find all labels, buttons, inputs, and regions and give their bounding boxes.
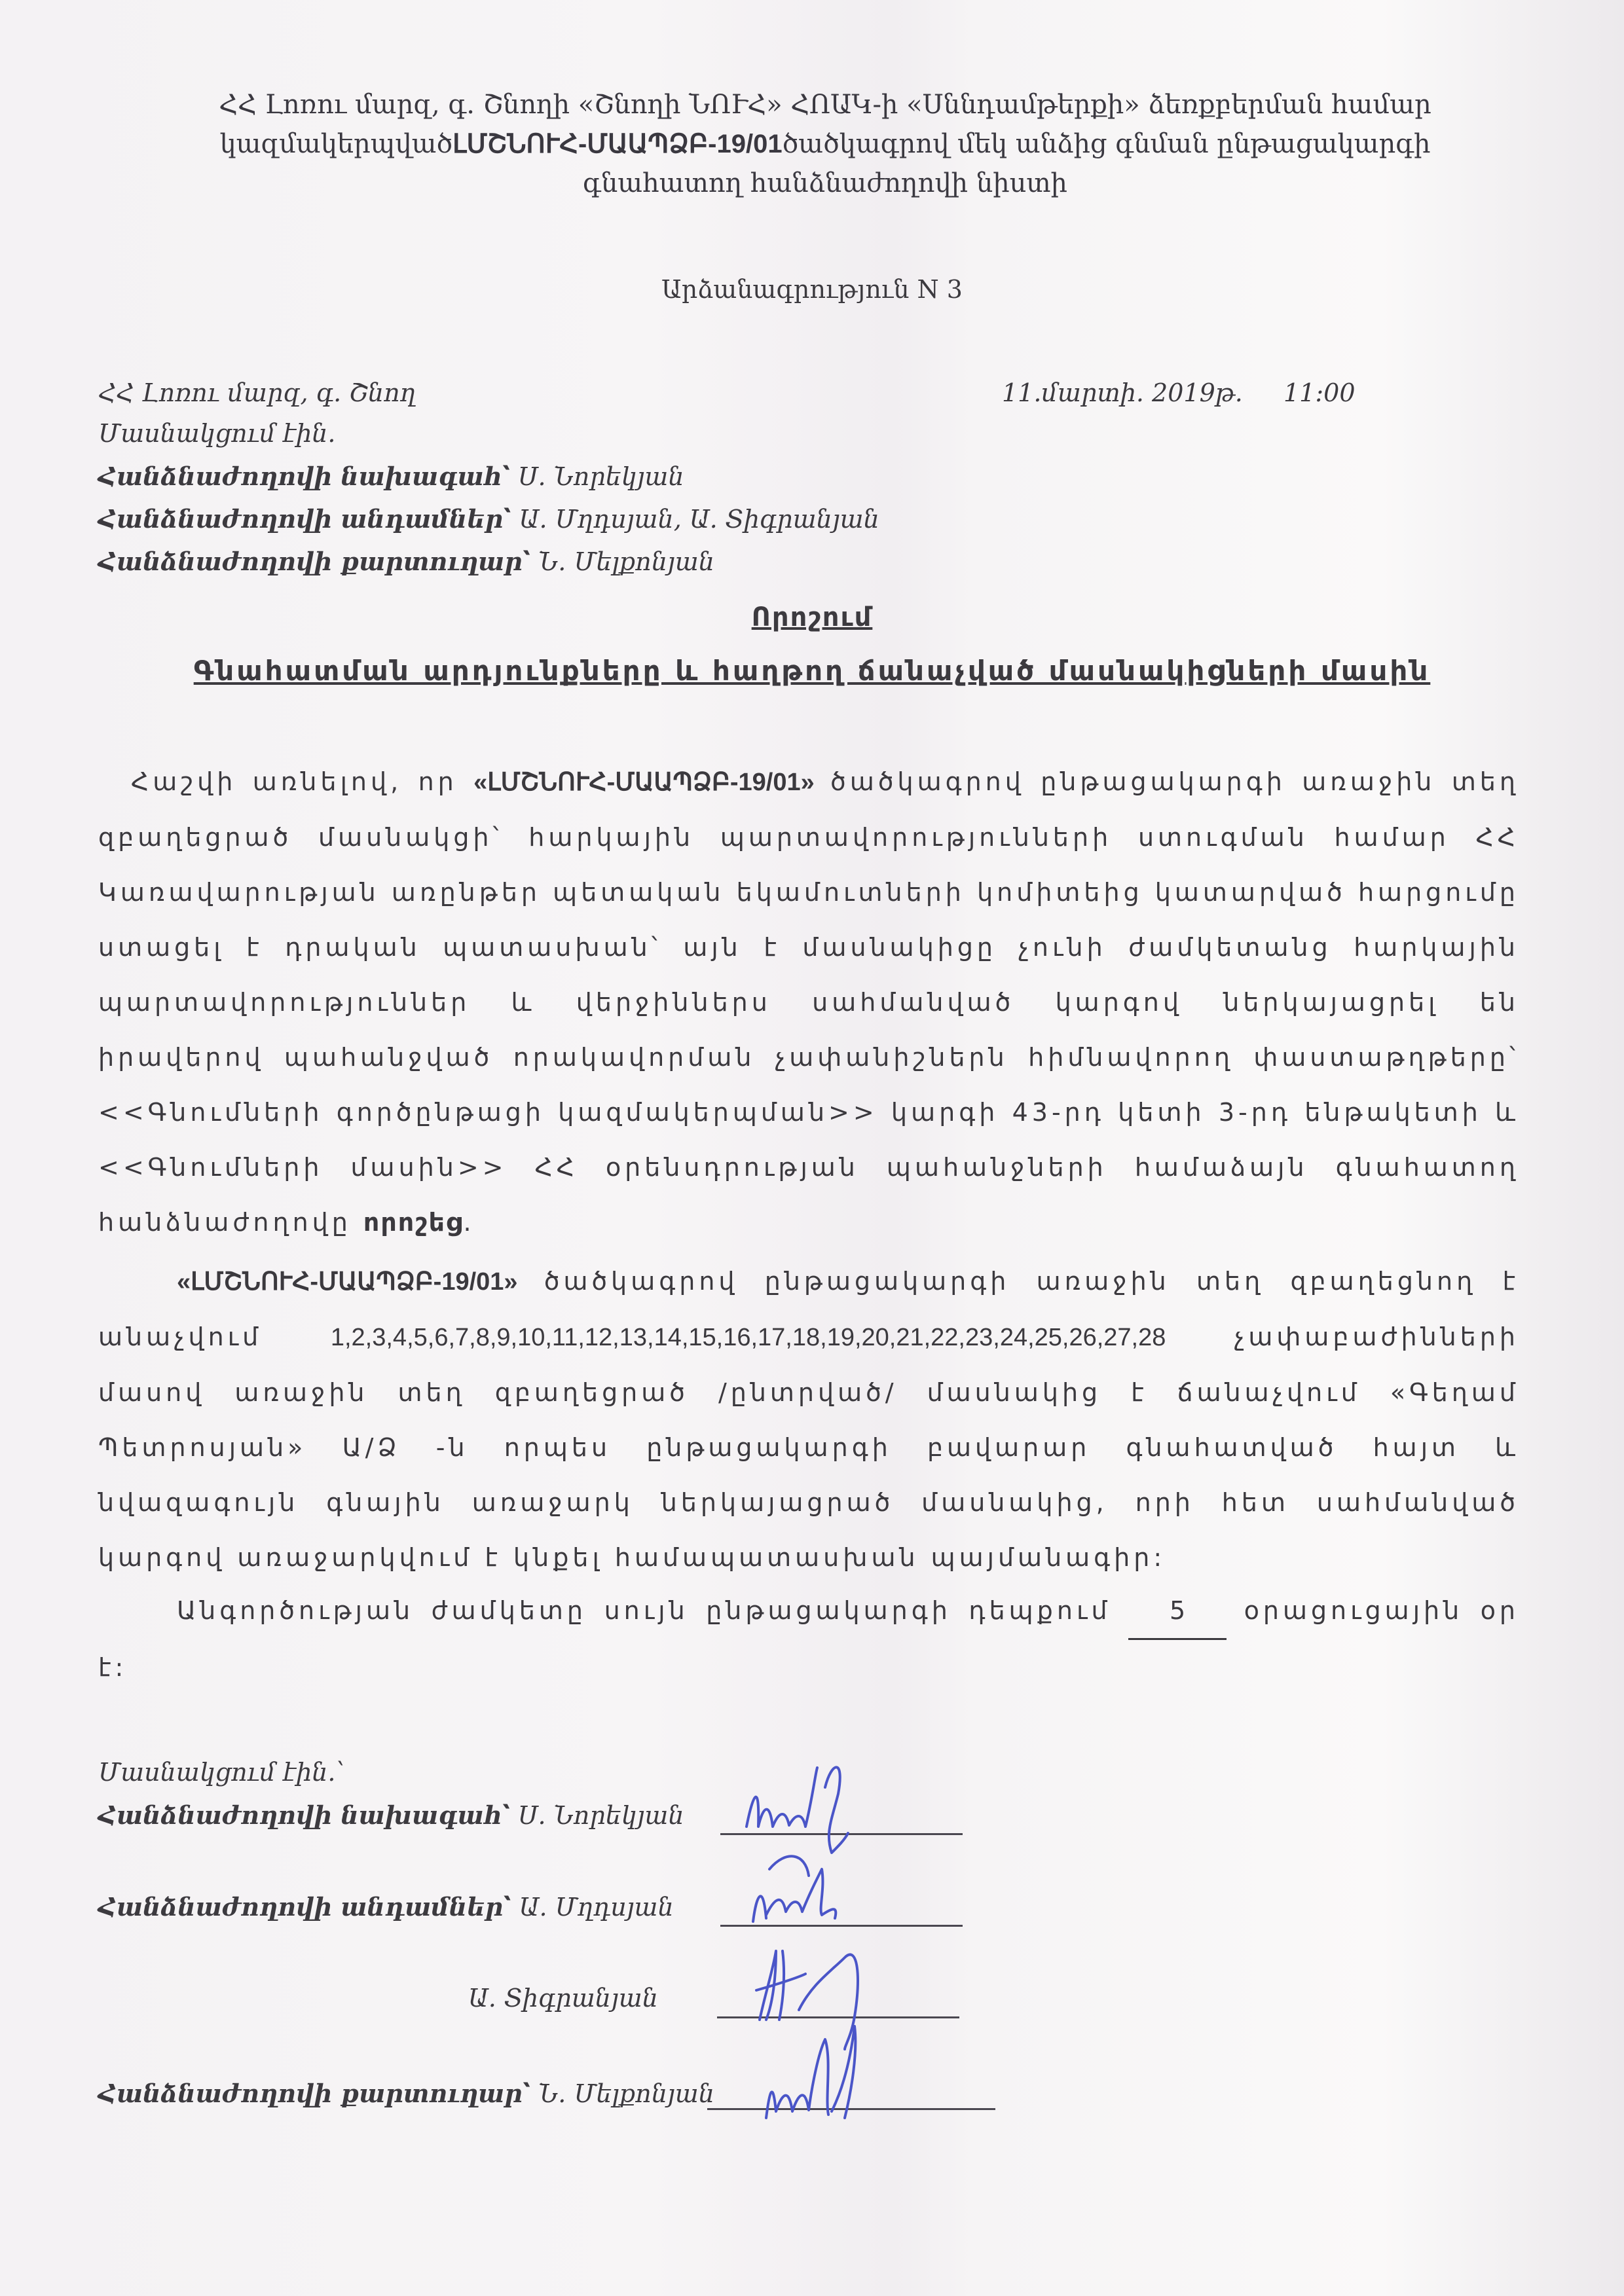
signature-name: Ն. Մելքոնյան: [538, 2079, 714, 2108]
signature-row-member-2: Ա. Տիգրանյան: [468, 1984, 658, 2013]
document-page: ՀՀ Լոռու մարզ, գ. Շնողի «Շնողի ՆՈՒՀ» ՀՈԱ…: [0, 0, 1624, 2296]
paragraph-text: չափաբաժինների մասով առաջին տեղ զբաղեցրած…: [98, 1322, 1519, 1572]
paragraph-text: .: [463, 1208, 475, 1237]
decision-title: Որոշում: [0, 602, 1624, 632]
header-line-1: ՀՀ Լոռու մարզ, գ. Շնողի «Շնողի ՆՈՒՀ» ՀՈԱ…: [183, 85, 1467, 124]
signature-role: Հանձնաժողովի քարտուղար՝: [98, 2079, 530, 2108]
secretary-line: Հանձնաժողովի քարտուղար՝ Ն. Մելքոնյան: [98, 547, 714, 576]
signature-name: Ա. Տիգրանյան: [468, 1984, 658, 2013]
signature-row-member-1: Հանձնաժողովի անդամներ՝ Ա. Մղդսյան: [98, 1892, 674, 1922]
meeting-location: ՀՀ Լոռու մարզ, գ. Շնող: [98, 378, 416, 407]
header-text: կազմակերպված: [220, 129, 453, 159]
lot-numbers: 1,2,3,4,5,6,7,8,9,10,11,12,13,14,15,16,1…: [331, 1324, 1166, 1351]
paragraph-verification: Հաշվի առնելով, որ «ԼՄՇՆՈՒՀ-ՄԱԱՊՁԲ-19/01»…: [98, 754, 1519, 1250]
meeting-date: 11.մարտի. 2019թ.: [1002, 378, 1243, 407]
handwritten-signature: [753, 2013, 923, 2124]
header-text: ծածկագրով մեկ անձից գնման ընթացակարգի: [783, 129, 1431, 159]
signature-name: Ա. Մղդսյան: [519, 1893, 674, 1922]
paragraph-winner: «ԼՄՇՆՈՒՀ-ՄԱԱՊՁԲ-19/01» ծածկագրով ընթացակ…: [98, 1254, 1519, 1585]
paragraph-standstill: Անգործության ժամկետը սույն ընթացակարգի դ…: [98, 1583, 1519, 1695]
procurement-code: «ԼՄՇՆՈՒՀ-ՄԱԱՊՁԲ-19/01»: [473, 769, 815, 796]
decision-subtitle: Գնահատման արդյունքները և հաղթող ճանաչված…: [157, 655, 1467, 687]
header-line-2: կազմակերպվածԼՄՇՆՈՒՀ-ՄԱԱՊՁԲ-19/01ծածկագրո…: [183, 124, 1467, 164]
procurement-code-text: «ԼՄՇՆՈՒՀ-ՄԱԱՊՁԲ-19/01»: [473, 769, 815, 796]
procurement-code: «ԼՄՇՆՈՒՀ-ՄԱԱՊՁԲ-19/01»: [177, 1268, 518, 1296]
paragraph-text: Անգործության ժամկետը սույն ընթացակարգի դ…: [177, 1596, 1128, 1625]
members-line: Հանձնաժողովի անդամներ՝ Ա. Մղդսյան, Ա. Տի…: [98, 504, 879, 534]
secretary-role: Հանձնաժողովի քարտուղար՝: [98, 547, 530, 576]
members-role: Հանձնաժողովի անդամներ՝: [98, 504, 511, 534]
meeting-time: 11:00: [1283, 378, 1356, 407]
signature-role: Հանձնաժողովի նախագահ՝: [98, 1800, 510, 1830]
secretary-name: Ն. Մելքոնյան: [538, 547, 714, 576]
chair-line: Հանձնաժողովի նախագահ՝ Ս. Նորեկյան: [98, 462, 684, 491]
participants-label: Մասնակցում էին.: [98, 419, 335, 448]
chair-name: Ս. Նորեկյան: [518, 462, 684, 491]
decided-word: որոշեց: [363, 1208, 464, 1237]
standstill-days: 5: [1128, 1583, 1227, 1640]
extract-title: Արձանագրություն N 3: [0, 275, 1624, 304]
chair-role: Հանձնաժողովի նախագահ՝: [98, 462, 510, 491]
members-names: Ա. Մղդսյան, Ա. Տիգրանյան: [519, 505, 879, 534]
signature-role: Հանձնաժողովի անդամներ՝: [98, 1892, 511, 1922]
signature-name: Ս. Նորեկյան: [518, 1801, 684, 1830]
signature-row-secretary: Հանձնաժողովի քարտուղար՝ Ն. Մելքոնյան: [98, 2079, 714, 2108]
signatures-label: Մասնակցում էին.՝: [98, 1758, 344, 1787]
procurement-code-text: «ԼՄՇՆՈՒՀ-ՄԱԱՊՁԲ-19/01»: [177, 1268, 518, 1296]
signature-row-chair: Հանձնաժողովի նախագահ՝ Ս. Նորեկյան: [98, 1800, 684, 1830]
paragraph-text: Հաշվի առնելով, որ: [131, 767, 473, 796]
header-line-3: գնահատող հանձնաժողովի նիստի: [183, 164, 1467, 203]
procurement-code: ԼՄՇՆՈՒՀ-ՄԱԱՊՁԲ-19/01: [452, 130, 782, 158]
paragraph-text: ծածկագրով ընթացակարգի առաջին տեղ զբաղեցր…: [98, 767, 1519, 1237]
document-header: ՀՀ Լոռու մարզ, գ. Շնողի «Շնողի ՆՈՒՀ» ՀՈԱ…: [183, 85, 1467, 203]
